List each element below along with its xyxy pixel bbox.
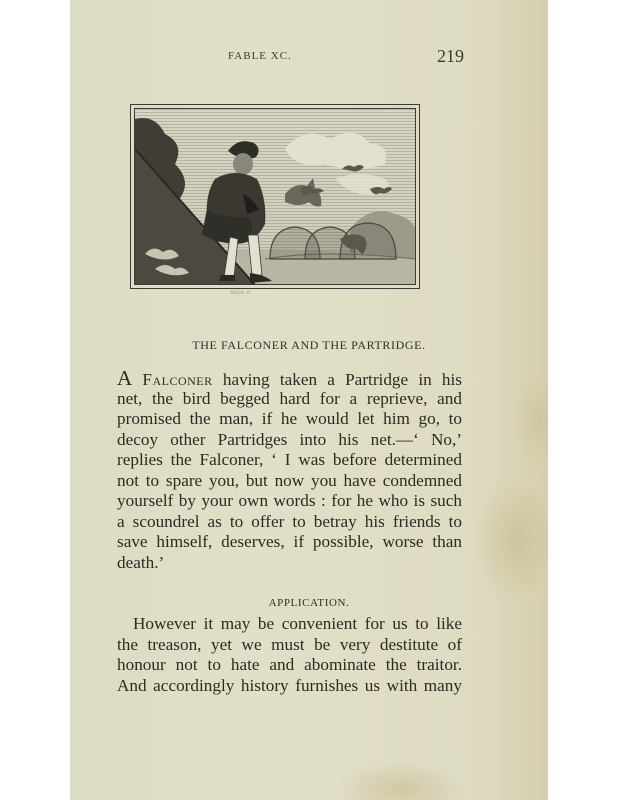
- text-line: not to spare you, but now you have conde…: [117, 471, 462, 492]
- text-line: the treason, yet we must be very destitu…: [117, 635, 462, 656]
- smallcaps-word: Falconer: [142, 370, 212, 389]
- text-line: replies the Falconer, ‘ I was before det…: [117, 450, 462, 471]
- text-line: And accordingly history furnishes us wit…: [117, 676, 462, 697]
- text-line: honour not to hate and abominate the tra…: [117, 655, 462, 676]
- text-line: promised the man, if he would let him go…: [117, 409, 462, 430]
- text-line: However it may be convenient for us to l…: [117, 614, 462, 635]
- text-line: decoy other Partridges into his net.—‘ N…: [117, 430, 462, 451]
- fable-title: THE FALCONER AND THE PARTRIDGE.: [70, 338, 548, 353]
- engraving-image: [134, 108, 416, 285]
- drop-cap: A: [117, 366, 132, 390]
- text-line: a scoundrel as to offer to betray his fr…: [117, 512, 462, 533]
- running-head: FABLE XC. 219: [70, 48, 548, 68]
- text-line: save himself, deserves, if possible, wor…: [117, 532, 462, 553]
- application-heading: APPLICATION.: [70, 597, 548, 609]
- running-title: FABLE XC.: [228, 50, 292, 62]
- engraver-credit: Ralph sc: [230, 290, 251, 296]
- book-page: FABLE XC. 219: [70, 0, 548, 800]
- fable-text: A Falconer having taken a Partridge in h…: [117, 368, 462, 573]
- text-line: A Falconer having taken a Partridge in h…: [117, 368, 462, 389]
- page-number: 219: [437, 46, 464, 67]
- text-line: yourself by your own words : for he who …: [117, 491, 462, 512]
- application-text: However it may be convenient for us to l…: [117, 614, 462, 696]
- falconer-engraving-icon: [135, 109, 416, 285]
- text-line: death.’: [117, 553, 462, 574]
- engraving-illustration: [130, 104, 420, 289]
- text-line: net, the bird begged hard for a reprieve…: [117, 389, 462, 410]
